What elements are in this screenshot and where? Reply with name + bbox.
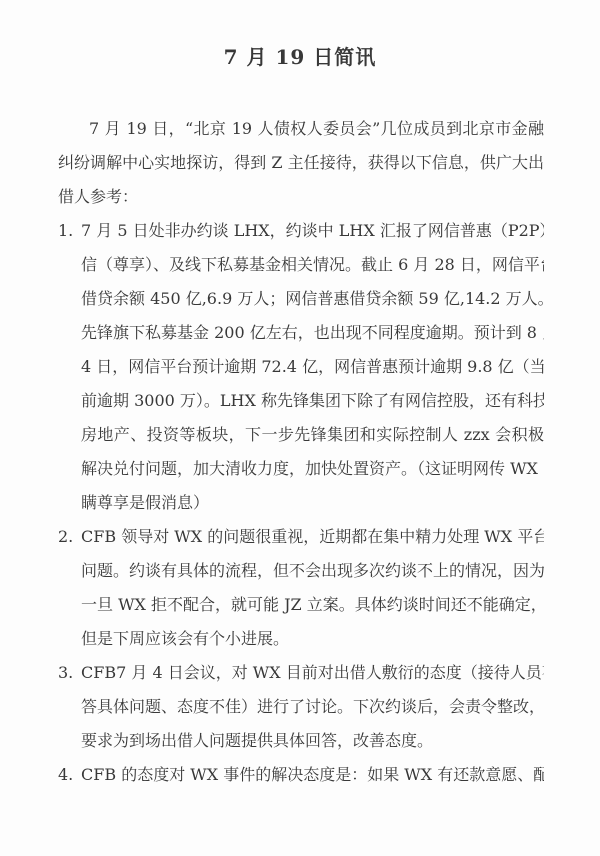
text-line: 7 月 19 日，“北京 19 人债权人委员会”几位成员到北京市金融 [58, 112, 544, 146]
text-line: 借贷余额 450 亿,6.9 万人；网信普惠借贷余额 59 亿,14.2 万人。 [81, 282, 544, 316]
text-line: 借人参考： [58, 180, 544, 214]
text-line: 4 日，网信平台预计逾期 72.4 亿，网信普惠预计逾期 9.8 亿（当 [81, 350, 544, 384]
text-line: 一旦 WX 拒不配合，就可能 JZ 立案。具体约谈时间还不能确定， [81, 588, 544, 622]
text-line: CFB 领导对 WX 的问题很重视，近期都在集中精力处理 WX 平台相关 [81, 520, 544, 554]
text-line: 要求为到场出借人问题提供具体回答，改善态度。 [81, 724, 544, 758]
text-line: CFB 的态度对 WX 事件的解决态度是：如果 WX 有还款意愿、配合 [81, 758, 544, 792]
text-line: 问题。约谈有具体的流程，但不会出现多次约谈不上的情况，因为 [81, 554, 544, 588]
text-line: 信（尊享）、及线下私募基金相关情况。截止 6 月 28 日，网信平台 [81, 248, 544, 282]
text-line: 纠纷调解中心实地探访，得到 Z 主任接待，获得以下信息，供广大出 [58, 146, 544, 180]
intro-paragraph: 7 月 19 日，“北京 19 人债权人委员会”几位成员到北京市金融纠纷调解中心… [58, 112, 544, 214]
text-line: 答具体问题、态度不佳）进行了讨论。下次约谈后，会责令整改， [81, 690, 544, 724]
text-line: 瞒尊享是假消息） [81, 486, 544, 520]
list-item-2: 2.CFB 领导对 WX 的问题很重视，近期都在集中精力处理 WX 平台相关问题… [58, 520, 544, 656]
text-line: 前逾期 3000 万）。LHX 称先锋集团下除了有网信控股，还有科技、 [81, 384, 544, 418]
text-line: 解决兑付问题，加大清收力度，加快处置资产。（这证明网传 WX 隐 [81, 452, 544, 486]
text-line: 房地产、投资等板块，下一步先锋集团和实际控制人 zzx 会积极 [81, 418, 544, 452]
list-item-4: 4.CFB 的态度对 WX 事件的解决态度是：如果 WX 有还款意愿、配合 [58, 758, 544, 792]
list-item-number: 2. [58, 520, 73, 554]
document-page: 7 月 19 日简讯 7 月 19 日，“北京 19 人债权人委员会”几位成员到… [0, 0, 600, 856]
list-item-number: 4. [58, 758, 73, 792]
text-line: 7 月 5 日处非办约谈 LHX，约谈中 LHX 汇报了网信普惠（P2P）、网 [81, 214, 544, 248]
text-line: 先锋旗下私募基金 200 亿左右，也出现不同程度逾期。预计到 8 月 [81, 316, 544, 350]
list-item-number: 3. [58, 656, 73, 690]
text-line: CFB7 月 4 日会议，对 WX 目前对出借人敷衍的态度（接待人员不回 [81, 656, 544, 690]
text-line: 但是下周应该会有个小进展。 [81, 622, 544, 656]
list-item-1: 1.7 月 5 日处非办约谈 LHX，约谈中 LHX 汇报了网信普惠（P2P）、… [58, 214, 544, 520]
list-item-number: 1. [58, 214, 73, 248]
list-item-3: 3.CFB7 月 4 日会议，对 WX 目前对出借人敷衍的态度（接待人员不回答具… [58, 656, 544, 758]
document-title: 7 月 19 日简讯 [0, 0, 600, 69]
document-body: 7 月 19 日，“北京 19 人债权人委员会”几位成员到北京市金融纠纷调解中心… [58, 112, 544, 792]
